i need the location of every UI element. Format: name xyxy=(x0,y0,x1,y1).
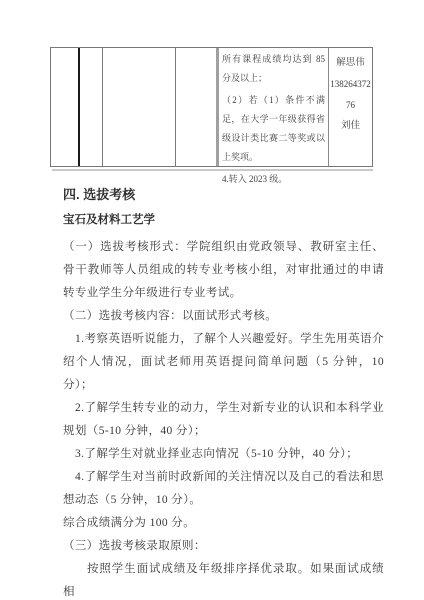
contact-phone: 13826437276 xyxy=(329,74,372,116)
contact-name: 解思伟 xyxy=(329,53,372,74)
contact-cell: 解思伟 13826437276 刘佳 xyxy=(329,48,372,166)
document-body: 四. 选拔考核 宝石及材料工艺学 （一）选拔考核形式：学院组织由党政领导、教研室… xyxy=(63,187,384,600)
body-paragraph: （三）选拔考核录取原则： xyxy=(63,535,384,558)
body-paragraph: 2.了解学生转专业的动力，学生对新专业的认识和本科学业规划（5-10 分钟，40… xyxy=(63,397,384,443)
criteria-paragraph: （2）若（1）条件不满足，在大学一年级获得省级设计类比赛二等奖或以上奖项。 xyxy=(222,91,325,167)
body-paragraph: 3.了解学生对就业择业志向情况（5-10 分钟，40 分）； xyxy=(63,443,384,466)
body-paragraph: 1.考察英语听说能力，了解个人兴趣爱好。学生先用英语介绍个人情况，面试老师用英语… xyxy=(63,328,384,397)
body-paragraph: 4.了解学生对当前时政新闻的关注情况以及自己的看法和思想动态（5 分钟，10 分… xyxy=(63,466,384,512)
table-empty-cell-4 xyxy=(176,48,219,166)
body-paragraph: 综合成绩满分为 100 分。 xyxy=(63,512,384,535)
document-page: 所有课程成绩均达到 85 分及以上； （2）若（1）条件不满足，在大学一年级获得… xyxy=(0,0,424,600)
table-empty-cell-1 xyxy=(51,48,80,166)
transfer-assessment-table: 所有课程成绩均达到 85 分及以上； （2）若（1）条件不满足，在大学一年级获得… xyxy=(50,47,373,167)
contact-name: 刘佳 xyxy=(329,116,372,137)
criteria-paragraph: 所有课程成绩均达到 85 分及以上； xyxy=(222,50,325,88)
section-heading: 四. 选拔考核 xyxy=(63,187,384,203)
body-paragraph: （一）选拔考核形式：学院组织由党政领导、教研室主任、骨干教师等人员组成的转专业考… xyxy=(63,236,384,305)
table-empty-cell-2 xyxy=(80,48,103,166)
table-empty-cell-3 xyxy=(103,48,176,166)
section-subheading: 宝石及材料工艺学 xyxy=(63,213,384,228)
table-bottom-shadow xyxy=(52,169,373,171)
body-paragraph: 按照学生面试成绩及年级排序择优录取。如果面试成绩相 xyxy=(63,558,384,600)
criteria-cell: 所有课程成绩均达到 85 分及以上； （2）若（1）条件不满足，在大学一年级获得… xyxy=(219,48,329,166)
body-paragraph: （二）选拔考核内容：以面试形式考核。 xyxy=(63,305,384,328)
